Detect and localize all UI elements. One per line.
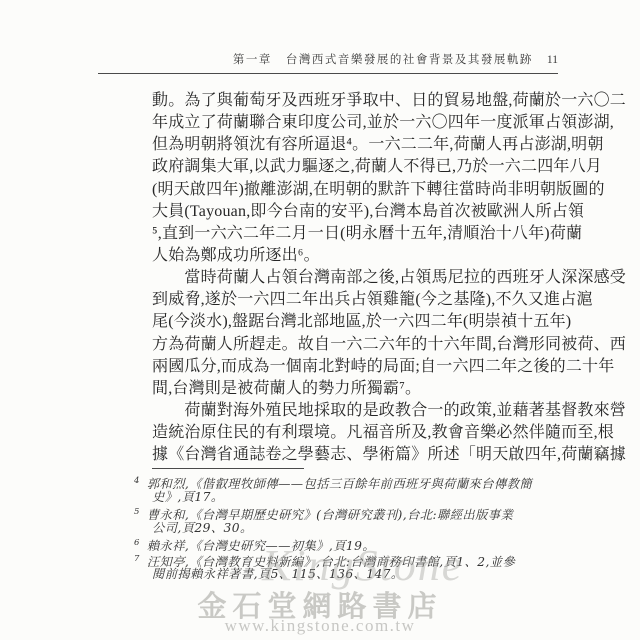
footnote-line: 公司,頁29、30。 bbox=[122, 521, 542, 537]
body-line: 據《台灣省通誌卷之學藝志、學術篇》所述「明天啟四年,荷蘭竊據 bbox=[152, 444, 528, 466]
footnote-line: 7汪知亭,《台灣教育史料新編》,台北:台灣商務印書館,頁1、2,並參 bbox=[122, 552, 542, 568]
footnotes: 4郭和烈,《偕叡理牧師傳——包括三百餘年前西班牙與荷蘭來台傳教簡史》,頁17。5… bbox=[122, 474, 542, 583]
footnote-separator bbox=[152, 468, 304, 469]
body-line: 到威脅,遂於一六四二年出兵占領雞籠(今之基隆),不久又進占滬 bbox=[152, 289, 528, 311]
header-rule bbox=[98, 73, 558, 74]
body-line: 間,台灣則是被荷蘭人的勢力所獨霸⁷。 bbox=[152, 378, 528, 400]
body-line: 方為荷蘭人所趕走。故自一六二六年的十六年間,台灣形同被荷、西 bbox=[152, 334, 528, 356]
body-line: (明天啟四年)撤離澎湖,在明朝的默許下轉往當時尚非明朝版圖的 bbox=[152, 179, 528, 201]
footnote-line: 史》,頁17。 bbox=[122, 490, 542, 506]
footnote-line: 4郭和烈,《偕叡理牧師傳——包括三百餘年前西班牙與荷蘭來台傳教簡 bbox=[122, 474, 542, 490]
chapter-label: 第一章 bbox=[233, 54, 272, 66]
body-line: 年成立了荷蘭聯合東印度公司,並於一六〇四年一度派軍占領澎湖, bbox=[152, 112, 528, 134]
footnote-marker: 4 bbox=[134, 476, 140, 486]
footnote-marker: 5 bbox=[134, 507, 140, 517]
footnote-line: 閱前揭賴永祥著書,頁5、115、136、147。 bbox=[122, 567, 542, 583]
chapter-title: 台灣西式音樂發展的社會背景及其發展軌跡 bbox=[286, 54, 533, 66]
footnote-marker: 6 bbox=[134, 538, 140, 548]
body-line: 動。為了與葡萄牙及西班牙爭取中、日的貿易地盤,荷蘭於一六〇二 bbox=[152, 90, 528, 112]
body-line: 但為明朝將領沈有容所逼退⁴。一六二二年,荷蘭人再占澎湖,明朝 bbox=[152, 134, 528, 156]
body-line: 政府調集大軍,以武力驅逐之,荷蘭人不得已,乃於一六二四年八月 bbox=[152, 156, 528, 178]
body-line: ⁵,直到一六六二年二月一日(明永曆十五年,清順治十八年)荷蘭 bbox=[152, 223, 528, 245]
footnote-line: 5曹永和,《台灣早期歷史研究》(台灣研究叢刊),台北:聯經出版事業 bbox=[122, 505, 542, 521]
footnote-marker: 7 bbox=[134, 554, 140, 564]
body-line: 荷蘭對海外殖民地採取的是政教合一的政策,並藉著基督教來營 bbox=[152, 400, 528, 422]
book-page: 第一章台灣西式音樂發展的社會背景及其發展軌跡11 動。為了與葡萄牙及西班牙爭取中… bbox=[0, 0, 640, 640]
footnote-line: 6賴永祥,《台灣史研究——初集》,頁19。 bbox=[122, 536, 542, 552]
body-text: 動。為了與葡萄牙及西班牙爭取中、日的貿易地盤,荷蘭於一六〇二年成立了荷蘭聯合東印… bbox=[152, 90, 528, 466]
body-line: 人始為鄭成功所逐出⁶。 bbox=[152, 245, 528, 267]
body-line: 當時荷蘭人占領台灣南部之後,占領馬尼拉的西班牙人深深感受 bbox=[152, 267, 528, 289]
body-line: 造統治原住民的有利環境。凡福音所及,教會音樂必然伴隨而至,根 bbox=[152, 422, 528, 444]
store-url-watermark: www.kingstone.com.tw bbox=[0, 616, 640, 636]
body-line: 大員(Tayouan,即今台南的安平),台灣本島首次被歐洲人所占領 bbox=[152, 201, 528, 223]
running-head: 第一章台灣西式音樂發展的社會背景及其發展軌跡11 bbox=[98, 51, 558, 67]
body-line: 兩國瓜分,而成為一個南北對峙的局面;自一六四二年之後的二十年 bbox=[152, 356, 528, 378]
body-line: 尾(今淡水),盤踞台灣北部地區,於一六四二年(明崇禎十五年) bbox=[152, 311, 528, 333]
page-number: 11 bbox=[547, 54, 558, 66]
